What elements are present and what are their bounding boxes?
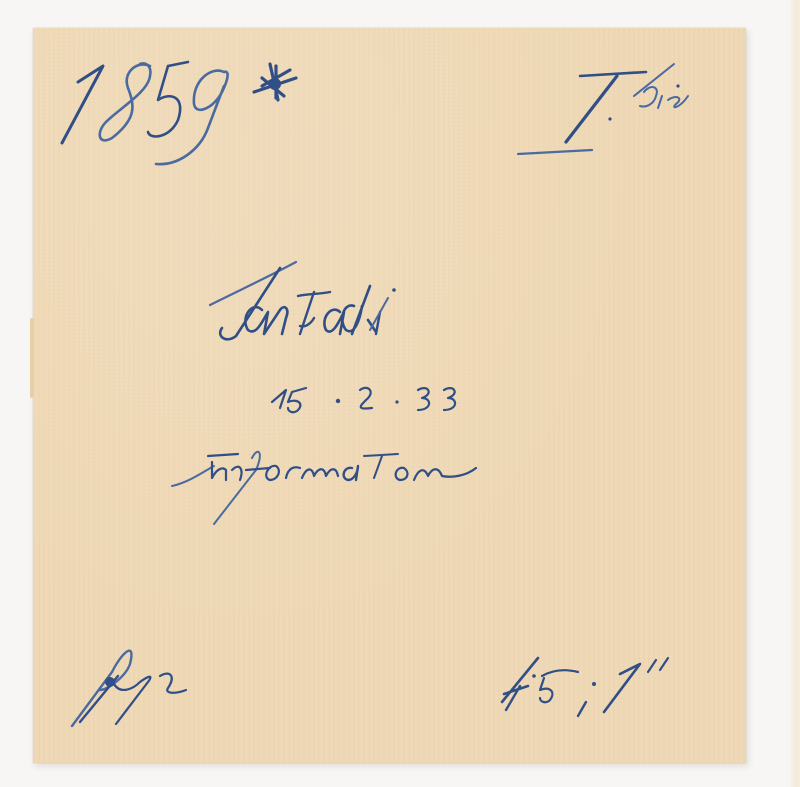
handwritten-note (172, 452, 476, 524)
handwritten-initials (72, 651, 186, 726)
handwritten-measurement (502, 658, 668, 716)
handwritten-place-name (210, 262, 396, 339)
handwritten-date (272, 388, 455, 412)
handwritten-series-mark (518, 64, 688, 154)
handwritten-catalog-number (62, 62, 296, 164)
handwriting-layer (0, 0, 800, 787)
